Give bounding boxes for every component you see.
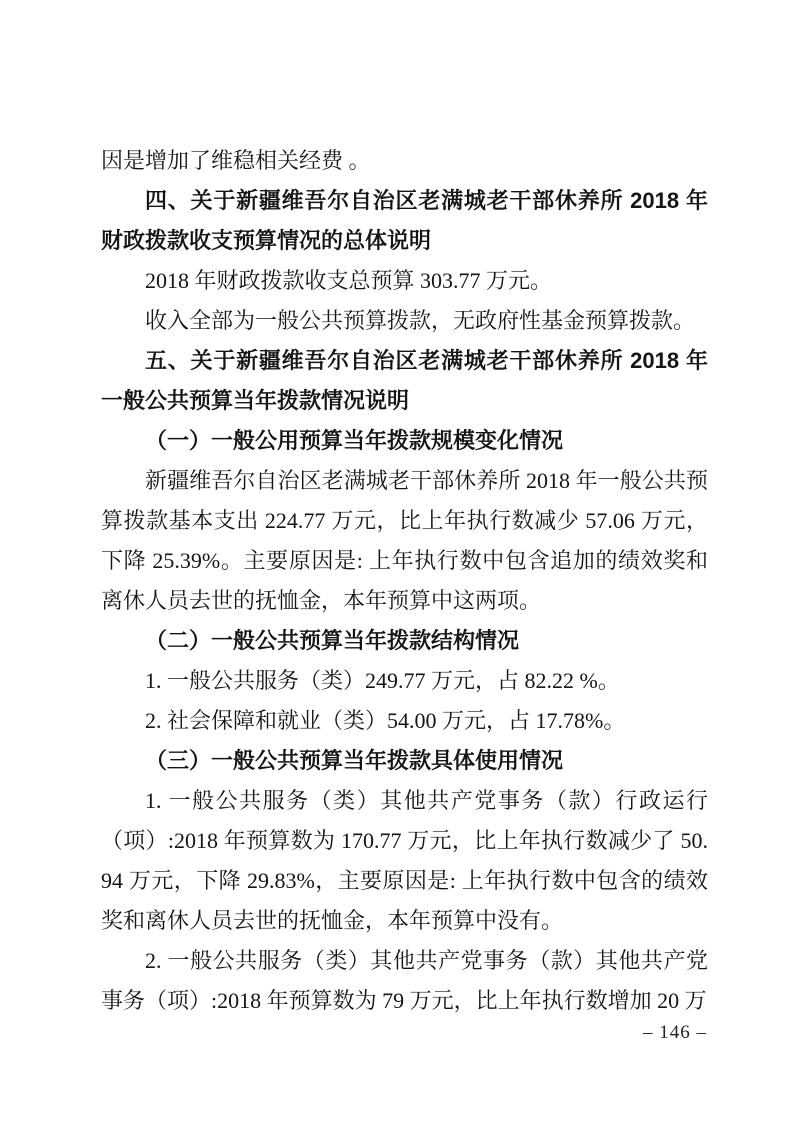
section-heading-v: 五、关于新疆维吾尔自治区老满城老干部休养所 2018 年一般公共预算当年拨款情况…: [101, 341, 708, 421]
document-body: 因是增加了维稳相关经费 。 四、关于新疆维吾尔自治区老满城老干部休养所 2018…: [101, 141, 708, 1021]
list-item-social-security: 2. 社会保障和就业（类）54.00 万元，占 17.78%。: [101, 701, 708, 741]
subsection-heading-1-scale-change: （一）一般公用预算当年拨款规模变化情况: [101, 421, 708, 461]
section-heading-iv: 四、关于新疆维吾尔自治区老满城老干部休养所 2018 年财政拨款收支预算情况的总…: [101, 181, 708, 261]
paragraph-income-source: 收入全部为一般公共预算拨款，无政府性基金预算拨款。: [101, 301, 708, 341]
body-paragraph-continuation: 因是增加了维稳相关经费 。: [101, 141, 708, 181]
paragraph-scale-change-detail: 新疆维吾尔自治区老满城老干部休养所 2018 年一般公共预算拨款基本支出 224…: [101, 461, 708, 621]
paragraph-total-budget: 2018 年财政拨款收支总预算 303.77 万元。: [101, 261, 708, 301]
list-item-general-public-service: 1. 一般公共服务（类）249.77 万元，占 82.22 %。: [101, 661, 708, 701]
page-number: – 146 –: [643, 1022, 707, 1044]
subsection-heading-3-specific-use: （三）一般公共预算当年拨款具体使用情况: [101, 741, 708, 781]
paragraph-item-other-party-affairs: 2. 一般公共服务（类）其他共产党事务（款）其他共产党事务（项）:2018 年预…: [101, 941, 708, 1021]
subsection-heading-2-structure: （二）一般公共预算当年拨款结构情况: [101, 621, 708, 661]
document-page: 因是增加了维稳相关经费 。 四、关于新疆维吾尔自治区老满城老干部休养所 2018…: [0, 0, 793, 1122]
paragraph-item-admin-operation: 1. 一般公共服务（类）其他共产党事务（款）行政运行（项）:2018 年预算数为…: [101, 781, 708, 941]
